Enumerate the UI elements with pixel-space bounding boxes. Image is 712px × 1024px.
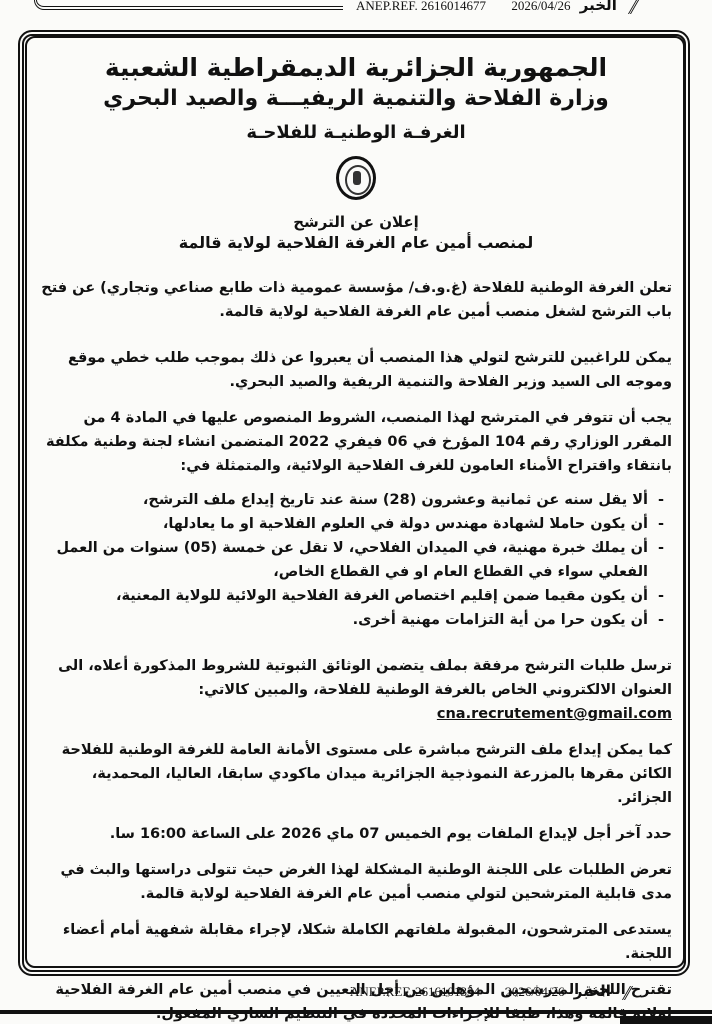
requirement-item: أن يملك خبرة مهنية، في الميدان الفلاحي، …	[40, 536, 664, 584]
requirement-item: أن يكون حاملا لشهادة مهندس دولة في العلو…	[40, 512, 664, 536]
chamber-heading: الغرفـة الوطنيـة للفلاحـة	[40, 118, 672, 148]
newspaper-logo-icon: الخبر	[574, 982, 611, 1000]
bottom-reference: ANEP.REF. 2616101334 2026/04/26 الخبر	[350, 982, 629, 1000]
ministry-heading: وزارة الفلاحة والتنمية الريفيـــة والصيد…	[40, 84, 672, 114]
submission-paragraph: ترسل طلبات الترشح مرفقة بملف يتضمن الوثا…	[40, 654, 672, 726]
conditions-paragraph: يجب أن تتوفر في المترشح لهذا المنصب، الش…	[40, 406, 672, 478]
submission-text: ترسل طلبات الترشح مرفقة بملف يتضمن الوثا…	[58, 658, 672, 698]
previous-ad-frame	[34, 0, 343, 10]
application-paragraph: يمكن للراغبين للترشح لتولي هذا المنصب أن…	[40, 346, 672, 394]
intro-paragraph: تعلن الغرفة الوطنية للفلاحة (غ.و.ف/ مؤسس…	[40, 276, 672, 324]
top-ref-number: ANEP.REF. 2616014677	[356, 0, 486, 13]
deposit-paragraph: كما يمكن إيداع ملف الترشح مباشرة على مست…	[40, 738, 672, 810]
requirements-list: ألا يقل سنه عن ثمانية وعشرون (28) سنة عن…	[40, 488, 672, 632]
announcement-subtitle: لمنصب أمين عام الغرفة الفلاحية لولاية قا…	[40, 232, 672, 254]
page-divider	[0, 1010, 712, 1014]
announcement-content: الجمهورية الجزائرية الديمقراطية الشعبية …	[40, 40, 672, 1024]
announcement-title: إعلان عن الترشح	[40, 212, 672, 232]
deadline-paragraph: حدد آخر أجل لإيداع الملفات يوم الخميس 07…	[40, 822, 672, 846]
requirement-item: ألا يقل سنه عن ثمانية وعشرون (28) سنة عن…	[40, 488, 664, 512]
top-ref-date: 2026/04/26	[511, 0, 570, 13]
email-link[interactable]: cna.recrutement@gmail.com	[437, 706, 672, 722]
bottom-ref-number: ANEP.REF. 2616101334	[350, 984, 480, 999]
algeria-emblem-icon	[336, 156, 376, 200]
interview-paragraph: يستدعى المترشحون، المقبولة ملفاتهم الكام…	[40, 918, 672, 966]
requirement-item: أن يكون حرا من أية التزامات مهنية أخرى.	[40, 608, 664, 632]
bottom-ref-date: 2026/04/26	[505, 984, 564, 999]
committee-paragraph: تعرض الطلبات على اللجنة الوطنية المشكلة …	[40, 858, 672, 906]
top-reference: ANEP.REF. 2616014677 2026/04/26 الخبر	[356, 0, 635, 14]
republic-heading: الجمهورية الجزائرية الديمقراطية الشعبية	[40, 52, 672, 84]
newspaper-logo-icon: الخبر	[580, 0, 617, 14]
next-ad-edge	[620, 1016, 712, 1024]
requirement-item: أن يكون مقيما ضمن إقليم اختصاص الغرفة ال…	[40, 584, 664, 608]
